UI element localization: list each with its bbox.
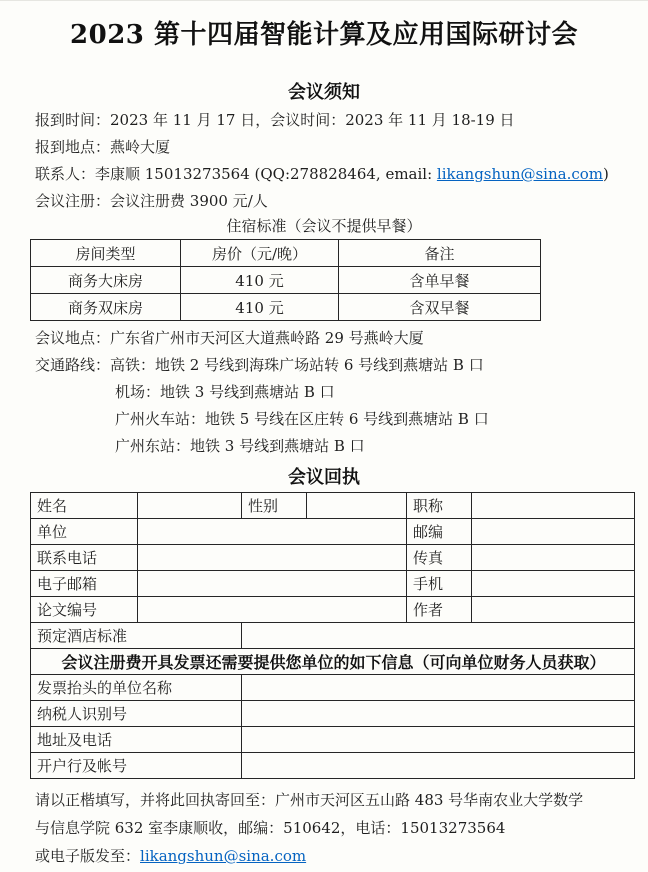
taxpayer-id-input-cell[interactable]	[242, 701, 635, 727]
document-page: 2023 第十四届智能计算及应用国际研讨会 会议须知 报到时间：2023 年 1…	[0, 0, 648, 872]
mailing-line-3-prefix: 或电子版发至：	[35, 847, 140, 865]
reply-row-affiliation-zip: 单位 邮编	[31, 519, 635, 545]
invoice-company-input-cell[interactable]	[242, 675, 635, 701]
bank-account-label: 开户行及帐号	[31, 753, 242, 779]
transport-line-highspeed-rail: 交通路线：高铁：地铁 2 号线到海珠广场站转 6 号线到燕塘站 B 口	[35, 352, 648, 379]
reply-row-phone-fax: 联系电话 传真	[31, 545, 635, 571]
gender-label: 性别	[242, 493, 307, 519]
footer-email-link[interactable]: likangshun@sina.com	[140, 847, 306, 865]
registration-line: 会议注册：会议注册费 3900 元/人	[35, 188, 648, 215]
author-label: 作者	[407, 597, 472, 623]
fax-input-cell[interactable]	[472, 545, 635, 571]
reply-row-name-gender-title: 姓名 性别 职称	[31, 493, 635, 519]
name-label: 姓名	[31, 493, 138, 519]
checkin-time-line: 报到时间：2023 年 11 月 17 日，会议时间：2023 年 11 月 1…	[35, 107, 648, 134]
contact-line-prefix: 联系人：李康顺 15013273564 (QQ:278828464, email…	[35, 165, 437, 183]
mailing-line-1: 请以正楷填写，并将此回执寄回至：广州市天河区五山路 483 号华南农业大学数学	[35, 786, 648, 814]
job-title-label: 职称	[407, 493, 472, 519]
paper-id-input-cell[interactable]	[138, 597, 407, 623]
zip-label: 邮编	[407, 519, 472, 545]
hotel-header-row: 房间类型 房价（元/晚） 备注	[31, 240, 541, 267]
author-input-cell[interactable]	[472, 597, 635, 623]
transport-line-railway-station: 广州火车站：地铁 5 号线在区庄转 6 号线到燕塘站 B 口	[115, 406, 648, 433]
email-label: 电子邮箱	[31, 571, 138, 597]
hotel-remark-cell: 含双早餐	[339, 294, 541, 321]
reply-row-taxpayer-id: 纳税人识别号	[31, 701, 635, 727]
email-input-cell[interactable]	[138, 571, 407, 597]
taxpayer-id-label: 纳税人识别号	[31, 701, 242, 727]
invoice-note: 会议注册费开具发票还需要提供您单位的如下信息（可向单位财务人员获取）	[31, 649, 635, 675]
reply-row-invoice-note: 会议注册费开具发票还需要提供您单位的如下信息（可向单位财务人员获取）	[31, 649, 635, 675]
hotel-standard-label: 预定酒店标准	[31, 623, 242, 649]
hotel-room-type-cell: 商务双床房	[31, 294, 181, 321]
hotel-table-caption: 住宿标准（会议不提供早餐）	[0, 215, 648, 238]
reply-form-table: 姓名 性别 职称 单位 邮编 联系电话 传真 电子邮箱 手机 论文编号	[30, 492, 635, 779]
hotel-price-cell: 410 元	[181, 294, 339, 321]
reply-row-paper-author: 论文编号 作者	[31, 597, 635, 623]
reply-row-hotel-standard: 预定酒店标准	[31, 623, 635, 649]
zip-input-cell[interactable]	[472, 519, 635, 545]
fax-label: 传真	[407, 545, 472, 571]
hotel-price-cell: 410 元	[181, 267, 339, 294]
reply-row-bank-account: 开户行及帐号	[31, 753, 635, 779]
gender-input-cell[interactable]	[307, 493, 407, 519]
hotel-standard-input-cell[interactable]	[242, 623, 635, 649]
transport-line-east-station: 广州东站：地铁 3 号线到燕塘站 B 口	[115, 433, 648, 460]
contact-email-link[interactable]: likangshun@sina.com	[437, 165, 603, 183]
reply-row-invoice-company: 发票抬头的单位名称	[31, 675, 635, 701]
reply-row-address-phone: 地址及电话	[31, 727, 635, 753]
hotel-row-king: 商务大床房 410 元 含单早餐	[31, 267, 541, 294]
contact-line: 联系人：李康顺 15013273564 (QQ:278828464, email…	[35, 161, 648, 188]
address-phone-input-cell[interactable]	[242, 727, 635, 753]
mobile-input-cell[interactable]	[472, 571, 635, 597]
mailing-line-2: 与信息学院 632 室李康顺收，邮编：510642，电话：15013273564	[35, 814, 648, 842]
checkin-place-line: 报到地点：燕岭大厦	[35, 134, 648, 161]
job-title-input-cell[interactable]	[472, 493, 635, 519]
hotel-header-price: 房价（元/晚）	[181, 240, 339, 267]
hotel-remark-cell: 含单早餐	[339, 267, 541, 294]
notice-heading: 会议须知	[0, 78, 648, 104]
mobile-label: 手机	[407, 571, 472, 597]
reply-row-email-mobile: 电子邮箱 手机	[31, 571, 635, 597]
contact-line-suffix: )	[603, 165, 609, 183]
mailing-line-3: 或电子版发至：likangshun@sina.com	[35, 842, 648, 870]
address-phone-label: 地址及电话	[31, 727, 242, 753]
invoice-company-label: 发票抬头的单位名称	[31, 675, 242, 701]
paper-id-label: 论文编号	[31, 597, 138, 623]
hotel-header-remark: 备注	[339, 240, 541, 267]
phone-input-cell[interactable]	[138, 545, 407, 571]
venue-line: 会议地点：广东省广州市天河区大道燕岭路 29 号燕岭大厦	[35, 325, 648, 352]
reply-form-heading: 会议回执	[0, 463, 648, 489]
bank-account-input-cell[interactable]	[242, 753, 635, 779]
hotel-header-room-type: 房间类型	[31, 240, 181, 267]
affiliation-label: 单位	[31, 519, 138, 545]
hotel-row-twin: 商务双床房 410 元 含双早餐	[31, 294, 541, 321]
transport-line-airport: 机场：地铁 3 号线到燕塘站 B 口	[115, 379, 648, 406]
phone-label: 联系电话	[31, 545, 138, 571]
hotel-rates-table: 房间类型 房价（元/晚） 备注 商务大床房 410 元 含单早餐 商务双床房 4…	[30, 239, 541, 321]
document-title: 2023 第十四届智能计算及应用国际研讨会	[0, 14, 648, 51]
affiliation-input-cell[interactable]	[138, 519, 407, 545]
name-input-cell[interactable]	[138, 493, 242, 519]
mailing-instructions: 请以正楷填写，并将此回执寄回至：广州市天河区五山路 483 号华南农业大学数学 …	[0, 786, 648, 870]
hotel-room-type-cell: 商务大床房	[31, 267, 181, 294]
